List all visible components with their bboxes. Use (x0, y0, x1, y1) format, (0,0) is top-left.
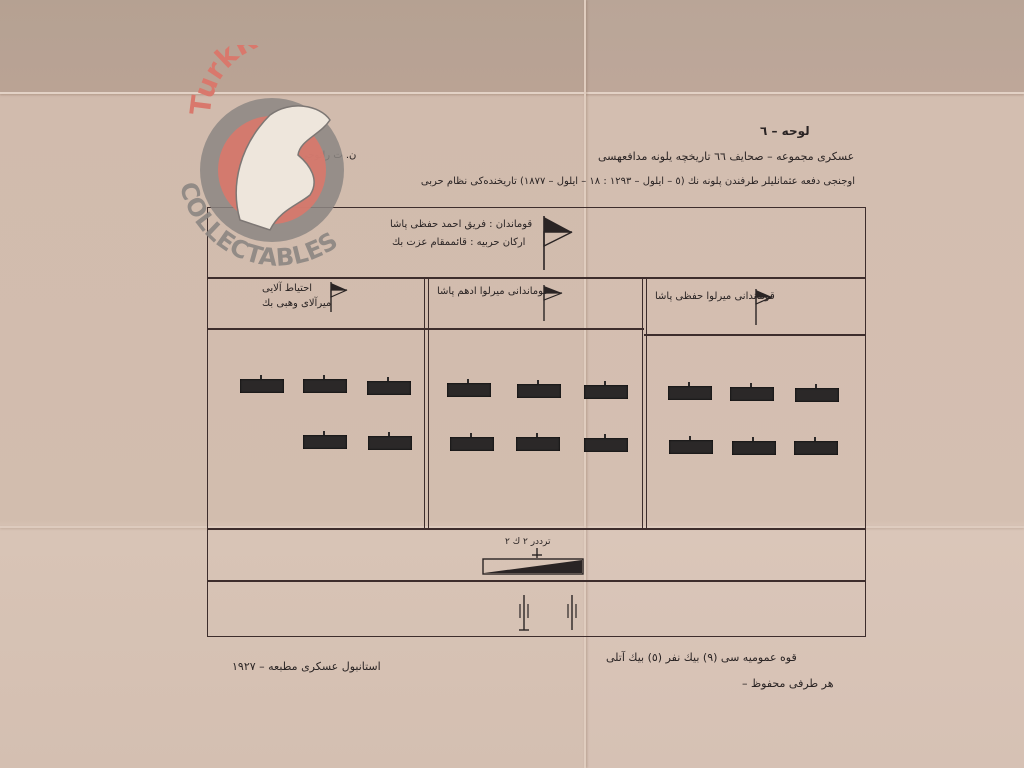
army-flag-icon (540, 214, 576, 272)
unit-block (447, 383, 491, 397)
unit-block (584, 438, 628, 452)
division-3-flag-icon (328, 280, 350, 314)
unit-block (517, 384, 561, 398)
division-2-label: قوماندانى ميرلوا ادهم پاشا (437, 285, 548, 299)
unit-block (450, 437, 494, 451)
division-2-flag-icon (541, 283, 565, 323)
divider-1 (424, 277, 429, 529)
turkrex-watermark-logo: TurkRex COLLECTABLES (170, 45, 390, 275)
plate-label: لوحه – ٦ (760, 124, 810, 138)
unit-block (794, 441, 838, 455)
artillery-symbol-icon (516, 594, 532, 632)
rule-command (207, 277, 866, 279)
cavalry-pennant-icon (482, 548, 584, 576)
unit-block (368, 436, 412, 450)
unit-block (669, 440, 713, 454)
rule-div-headers-right (644, 334, 866, 336)
unit-block (795, 388, 839, 402)
unit-block (240, 379, 284, 393)
rule-divisions-bottom (207, 528, 866, 530)
division-3-label-line1: احتياط آلايى (262, 282, 312, 296)
copyright-note: هر طرفى محفوظ – (742, 677, 834, 690)
unit-block (584, 385, 628, 399)
source-line: عسكرى مجموعه – صحايف ٦٦ تاريخچه يلونه مد… (598, 150, 854, 163)
division-3-label-line2: ميرآلاى وهبى بك (262, 297, 331, 311)
division-1-flag-icon (753, 287, 775, 327)
unit-block (303, 435, 347, 449)
chief-of-staff-line: اركان حربيه : قائممقام عزت بك (392, 236, 525, 250)
unit-block (732, 441, 776, 455)
rule-cavalry-bottom (207, 580, 866, 582)
total-strength-note: قوه عموميه سى (٩) بيك نفر (٥) بيك آتلى (606, 651, 797, 664)
unit-block (367, 381, 411, 395)
commander-line: قوماندان : فريق احمد حفظى پاشا (390, 218, 532, 232)
subtitle-line: اوجنجى دفعه عثمانليلر طرفندن پلونه نك (٥… (345, 176, 855, 187)
unit-block (516, 437, 560, 451)
artillery-symbol-icon (565, 594, 579, 632)
fold-line-top (0, 92, 1024, 94)
divider-2 (642, 277, 647, 529)
unit-block (668, 386, 712, 400)
unit-block (730, 387, 774, 401)
cavalry-label: ترددر ٢ ك ٢ (505, 535, 551, 549)
publisher-line: استانبول عسكرى مطبعه – ١٩٢٧ (232, 660, 381, 673)
unit-block (303, 379, 347, 393)
